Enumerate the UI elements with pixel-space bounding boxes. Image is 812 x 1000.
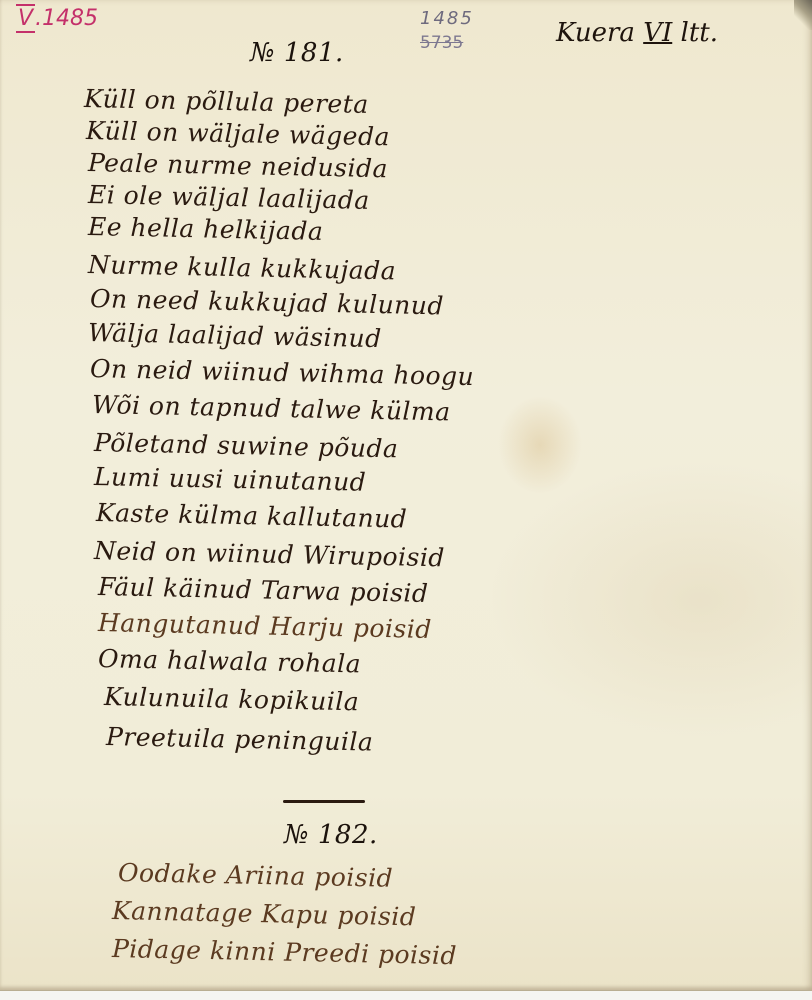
- region-name: Kuera: [556, 18, 635, 48]
- song-181-line-19: Preetuila peninguila: [106, 722, 374, 757]
- song-181-line-8: Wälja laalijad wäsinud: [88, 318, 382, 353]
- region-volume: VI: [643, 18, 672, 48]
- song-181-line-11: Põletand suwine põuda: [94, 428, 399, 463]
- song-number-182: № 182.: [284, 820, 378, 850]
- page-corner-fold: [794, 0, 812, 30]
- song-181-line-13: Kaste külma kallutanud: [96, 498, 408, 534]
- manuscript-page: V.1485 № 181. 1485 5735 Kuera VI ltt. Kü…: [0, 0, 812, 990]
- song-181-line-2: Küll on wäljale wägeda: [86, 116, 391, 151]
- song-181-line-5: Ee hella helkijada: [88, 212, 324, 246]
- song-181-line-17: Oma halwala rohala: [98, 644, 362, 679]
- stamp-number-struck: 5735: [420, 33, 463, 53]
- song-181-line-15: Fäul käinud Tarwa poisid: [98, 572, 429, 608]
- song-181-line-7: On need kukkujad kulunud: [90, 284, 445, 320]
- song-181-line-14: Neid on wiinud Wirupoisid: [94, 536, 445, 572]
- stamp-number: 1485: [420, 8, 474, 29]
- song-181-line-12: Lumi uusi uinutanud: [94, 462, 367, 497]
- archive-mark-prefix: V: [16, 4, 35, 33]
- song-182-line-2: Kannatage Kapu poisid: [112, 896, 417, 931]
- archive-mark-dot: .: [35, 6, 42, 31]
- region-suffix: ltt.: [681, 18, 718, 48]
- scan-bottom-edge: [0, 990, 812, 1000]
- song-181-line-1: Küll on põllula pereta: [84, 84, 369, 119]
- song-181-line-18: Kulunuila kopikuila: [104, 682, 360, 716]
- song-number-181: № 181.: [250, 38, 344, 68]
- song-181-line-6: Nurme kulla kukkujada: [88, 250, 397, 285]
- song-181-line-16: Hangutanud Harju poisid: [98, 608, 432, 644]
- song-181-line-3: Peale nurme neidusida: [88, 148, 389, 183]
- song-181-line-10: Wõi on tapnud talwe külma: [92, 390, 451, 427]
- region-label: Kuera VI ltt.: [556, 18, 718, 48]
- song-181-line-9: On neid wiinud wihma hoogu: [90, 354, 475, 391]
- song-182-line-1: Oodake Ariina poisid: [118, 858, 394, 893]
- song-182-line-3: Pidage kinni Preedi poisid: [112, 934, 457, 970]
- archive-mark: V.1485: [16, 6, 98, 31]
- archive-mark-number: 1485: [42, 6, 98, 31]
- song-181-line-4: Ei ole wäljal laalijada: [88, 180, 370, 215]
- section-divider: [283, 800, 365, 803]
